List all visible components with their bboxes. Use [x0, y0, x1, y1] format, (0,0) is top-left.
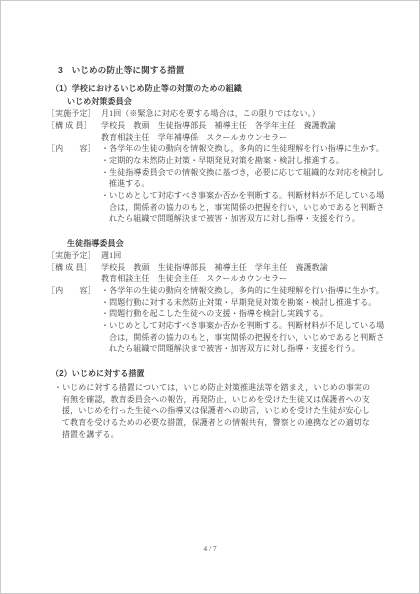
- subsection-2-paragraph: ・いじめに対する措置については，いじめ防止対策推進法等を踏まえ，いじめの事実の有…: [54, 382, 411, 441]
- text-line: 教育相談主任 学年補導係 スクールカウンセラー: [101, 132, 411, 144]
- bullet-line: ・各学年の生徒の動向を情報交換し，多角的に生徒理解を行い指導に生かす。: [101, 285, 411, 297]
- schedule-label: ［実施予定］: [47, 250, 101, 262]
- schedule-label: ［実施予定］: [47, 108, 101, 120]
- committee-block-ijime-taisaku: いじめ対策委員会 ［実施予定］ 月1回（※緊急に対応を要する場合は，この限りでは…: [1, 96, 411, 225]
- members-label: ［構 成 員］: [47, 120, 101, 132]
- bullet-continuation-line: 合は，関係者の協力のもと，事実関係の把握を行い，いじめであると判断さ: [101, 202, 411, 214]
- text-line: 学校長 教頭 生徒指導部長 補導主任 各学年主任 養護教諭: [101, 120, 411, 132]
- committee-title: いじめ対策委員会: [67, 96, 411, 108]
- bullet-line: ・いじめとして対応すべき事案か否かを判断する。判断材料が不足している場: [101, 190, 411, 202]
- subsection-1-heading: （1）学校におけるいじめ防止等の対策のための組織: [51, 83, 411, 95]
- subsection-2: （2）いじめに対する措置 ・いじめに対する措置については，いじめ防止対策推進法等…: [1, 368, 411, 440]
- bullet-continuation-line: れたら組織で問題解決まで被害・加害双方に対し指導・支援を行う。: [101, 213, 411, 225]
- bullet-continuation-line: 援，いじめを行った生徒への指導又は保護者への助言，いじめを受けた生徒が安心し: [54, 405, 411, 417]
- bullet-line: ・いじめとして対応すべき事案か否かを判断する。判断材料が不足している場: [101, 320, 411, 332]
- text-line: 教育相談主任 生徒会主任 スクールカウンセラー: [101, 273, 411, 285]
- section-heading: 3 いじめの防止等に関する措置: [58, 65, 411, 77]
- members-label: ［構 成 員］: [47, 262, 101, 274]
- schedule-value: 月1回（※緊急に対応を要する場合は，この限りではない。）: [101, 108, 411, 120]
- document-page: 3 いじめの防止等に関する措置 （1）学校におけるいじめ防止等の対策のための組織…: [0, 0, 420, 594]
- text-line: 学校長 教頭 生徒指導部長 補導主任 学年主任 養護教諭: [101, 262, 411, 274]
- members-row: ［構 成 員］ 学校長 教頭 生徒指導部長 補導主任 学年主任 養護教諭教育相談…: [47, 262, 411, 285]
- schedule-row: ［実施予定］ 週1回: [47, 250, 411, 262]
- content-bullets: ・各学年の生徒の動向を情報交換し，多角的に生徒理解を行い指導に生かす。・問題行動…: [101, 285, 411, 355]
- content-label: ［内 容］: [47, 143, 101, 155]
- bullet-continuation-line: れたら組織で問題解決まで被害・加害双方に対し指導・支援を行う。: [101, 343, 411, 355]
- subsection-2-heading: （2）いじめに対する措置: [51, 368, 411, 380]
- bullet-continuation-line: 有無を確認，教育委員会への報告，再発防止，いじめを受けた生徒又は保護者への支: [54, 394, 411, 406]
- content-row: ［内 容］ ・各学年の生徒の動向を情報交換し，多角的に生徒理解を行い指導に生かす…: [47, 143, 411, 225]
- bullet-continuation-line: 措置を講ずる。: [54, 429, 411, 441]
- bullet-line: ・いじめに対する措置については，いじめ防止対策推進法等を踏まえ，いじめの事実の: [54, 382, 411, 394]
- bullet-continuation-line: 合は，関係者の協力のもと，事実関係の把握を行い，いじめであると判断さ: [101, 332, 411, 344]
- bullet-line: ・定期的な未然防止対策・早期発見対策を勘案・検討し推進する。: [101, 155, 411, 167]
- committee-title: 生徒指導委員会: [67, 238, 411, 250]
- bullet-line: ・生徒指導委員会での情報交換に基づき，必要に応じて組織的な対応を検討し: [101, 167, 411, 179]
- bullet-line: ・問題行動を起こした生徒への支援・指導を検討し実践する。: [101, 308, 411, 320]
- bullet-line: ・各学年の生徒の動向を情報交換し，多角的に生徒理解を行い指導に生かす。: [101, 143, 411, 155]
- schedule-value: 週1回: [101, 250, 411, 262]
- bullet-continuation-line: て教育を受けるための必要な措置，保護者との情報共有，警察との連携などの適切な: [54, 417, 411, 429]
- bullet-continuation-line: 推進する。: [101, 178, 411, 190]
- content-bullets: ・各学年の生徒の動向を情報交換し，多角的に生徒理解を行い指導に生かす。・定期的な…: [101, 143, 411, 225]
- committee-block-seito-shidou: 生徒指導委員会 ［実施予定］ 週1回 ［構 成 員］ 学校長 教頭 生徒指導部長…: [1, 238, 411, 355]
- members-lines: 学校長 教頭 生徒指導部長 補導主任 学年主任 養護教諭教育相談主任 生徒会主任…: [101, 262, 411, 285]
- content-label: ［内 容］: [47, 285, 101, 297]
- members-lines: 学校長 教頭 生徒指導部長 補導主任 各学年主任 養護教諭教育相談主任 学年補導…: [101, 120, 411, 143]
- document-content: 3 いじめの防止等に関する措置 （1）学校におけるいじめ防止等の対策のための組織…: [1, 65, 411, 440]
- schedule-row: ［実施予定］ 月1回（※緊急に対応を要する場合は，この限りではない。）: [47, 108, 411, 120]
- page-number: 4 / 7: [1, 544, 419, 553]
- bullet-line: ・問題行動に対する未然防止対策・早期発見対策を勘案・検討し推進する。: [101, 297, 411, 309]
- content-row: ［内 容］ ・各学年の生徒の動向を情報交換し，多角的に生徒理解を行い指導に生かす…: [47, 285, 411, 355]
- members-row: ［構 成 員］ 学校長 教頭 生徒指導部長 補導主任 各学年主任 養護教諭教育相…: [47, 120, 411, 143]
